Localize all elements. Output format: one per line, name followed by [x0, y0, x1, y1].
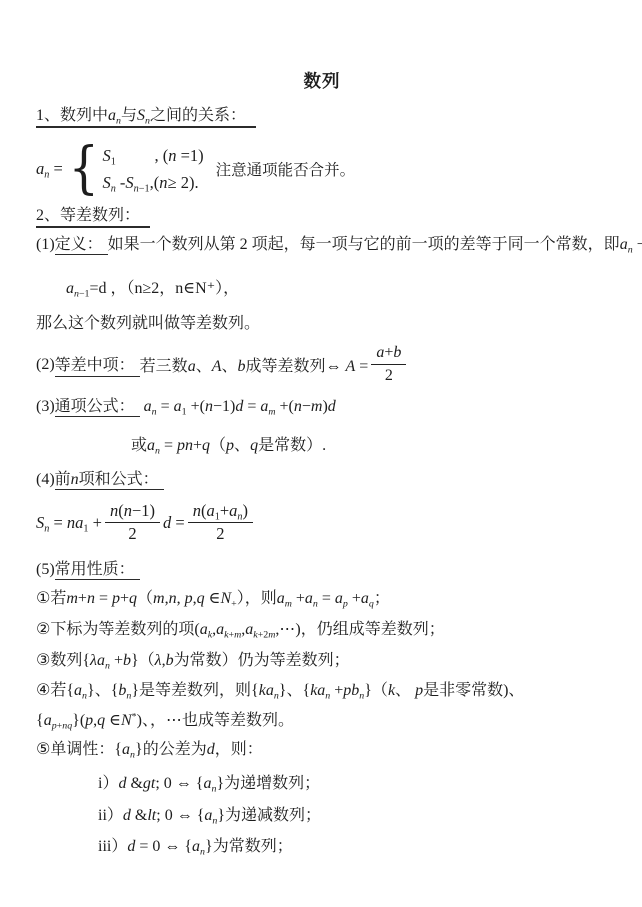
property-item-3: ③数列{λan +b}（λ,b为常数）仍为等差数列； — [36, 650, 608, 672]
property-item-4-cont: {ap+nq}(p,q ∈N*)、，⋯也成等差数列。 — [36, 710, 608, 732]
fraction-numerator: n(n−1) — [105, 501, 160, 523]
cases-body: S1, (n =1) Sn -Sn−1,(n≥ 2). — [102, 144, 203, 195]
document-page: 数列 1、数列中an与Sn之间的关系： an = { S1, (n =1) Sn… — [0, 0, 642, 907]
section-2-heading: 2、等差数列： — [36, 207, 150, 228]
fraction-denominator: 2 — [216, 523, 224, 544]
sum-label: (4) — [36, 471, 55, 488]
cases-note: 注意通项能否合并。 — [216, 158, 356, 180]
case-2-expr: Sn -Sn−1,(n≥ 2). — [102, 173, 198, 192]
monotonic-case-1: i）d &gt; 0 ⇔ {an}为递增数列； — [98, 773, 608, 795]
general-formula-line: (3)通项公式： an = a1 +(n−1)d = am +(n−m)d — [36, 396, 608, 418]
sum-formula-mid: d = — [163, 513, 185, 533]
case-row-2: Sn -Sn−1,(n≥ 2). — [102, 171, 203, 195]
section-1-heading: 1、数列中an与Sn之间的关系： — [36, 107, 256, 128]
properties-label: (5) — [36, 561, 55, 578]
monotonic-case-3: iii）d = 0 ⇔ {an}为常数列； — [98, 836, 608, 858]
definition-line-2: an−1=d ，（n≥2，n∈N⁺）， — [66, 278, 608, 300]
general-formula-text: an = a1 +(n−1)d = am +(n−m)d — [144, 398, 336, 415]
cases-lhs: an = — [36, 159, 63, 179]
section-1-heading-row: 1、数列中an与Sn之间的关系： — [36, 105, 608, 127]
middle-term-label: (2) — [36, 356, 55, 374]
fraction-denominator: 2 — [128, 523, 136, 544]
middle-term-fraction: a+b2 — [371, 343, 406, 386]
sum-formula-lhs: Sn = na1 + — [36, 513, 102, 533]
sum-formula: Sn = na1 + n(n−1)2 d = n(a1+an)2 — [36, 501, 608, 544]
definition-label: (1) — [36, 236, 55, 253]
middle-term-line: (2)等差中项：若三数a、A、b成等差数列⇔ A = a+b2 — [36, 343, 608, 386]
fraction-denominator: 2 — [385, 365, 393, 386]
general-formula-alt-line: 或an = pn+q（p、q是常数）. — [131, 435, 608, 457]
formula-an-cases: an = { S1, (n =1) Sn -Sn−1,(n≥ 2). 注意通项能… — [36, 143, 608, 195]
middle-term-text: 若三数a、A、b成等差数列⇔ A = — [140, 353, 369, 376]
definition-line-1: (1)定义：如果一个数列从第 2 项起，每一项与它的前一项的差等于同一个常数，即… — [36, 234, 608, 256]
case-1-expr: S1 — [102, 144, 154, 168]
property-item-2: ②下标为等差数列的项(ak,ak+m,ak+2m,⋯)，仍组成等差数列； — [36, 619, 608, 641]
left-brace-glyph: { — [68, 143, 98, 195]
sum-formula-fraction-2: n(a1+an)2 — [188, 501, 253, 544]
properties-heading-line: (5)常用性质： — [36, 559, 608, 581]
property-item-5: ⑤单调性：{an}的公差为d，则： — [36, 739, 608, 761]
middle-term-heading: 等差中项： — [55, 352, 140, 377]
fraction-numerator: a+b — [371, 343, 406, 365]
page-title: 数列 — [36, 70, 608, 92]
sum-heading: 前n项和公式： — [55, 471, 164, 490]
general-formula-label: (3) — [36, 398, 55, 415]
definition-heading: 定义： — [55, 236, 108, 255]
sum-formula-fraction-1: n(n−1)2 — [105, 501, 160, 544]
property-item-4: ④若{an}、{bn}是等差数列，则{kan}、{kan +pbn}（k、 p是… — [36, 680, 608, 702]
monotonic-case-2: ii）d &lt; 0 ⇔ {an}为递减数列； — [98, 805, 608, 827]
definition-text: 如果一个数列从第 2 项起，每一项与它的前一项的差等于同一个常数，即an − — [108, 236, 642, 253]
definition-line-3: 那么这个数列就叫做等差数列。 — [36, 313, 608, 335]
general-formula-heading: 通项公式： — [55, 398, 140, 417]
case-1-cond: , (n =1) — [154, 146, 203, 165]
property-item-1: ①若m+n = p+q（m,n, p,q ∈N+），则am +an = ap +… — [36, 588, 608, 610]
properties-heading: 常用性质： — [55, 561, 140, 580]
case-row-1: S1, (n =1) — [102, 144, 203, 168]
section-2-heading-row: 2、等差数列： — [36, 205, 608, 227]
sum-heading-line: (4)前n项和公式： — [36, 469, 608, 491]
fraction-numerator: n(a1+an) — [188, 501, 253, 523]
